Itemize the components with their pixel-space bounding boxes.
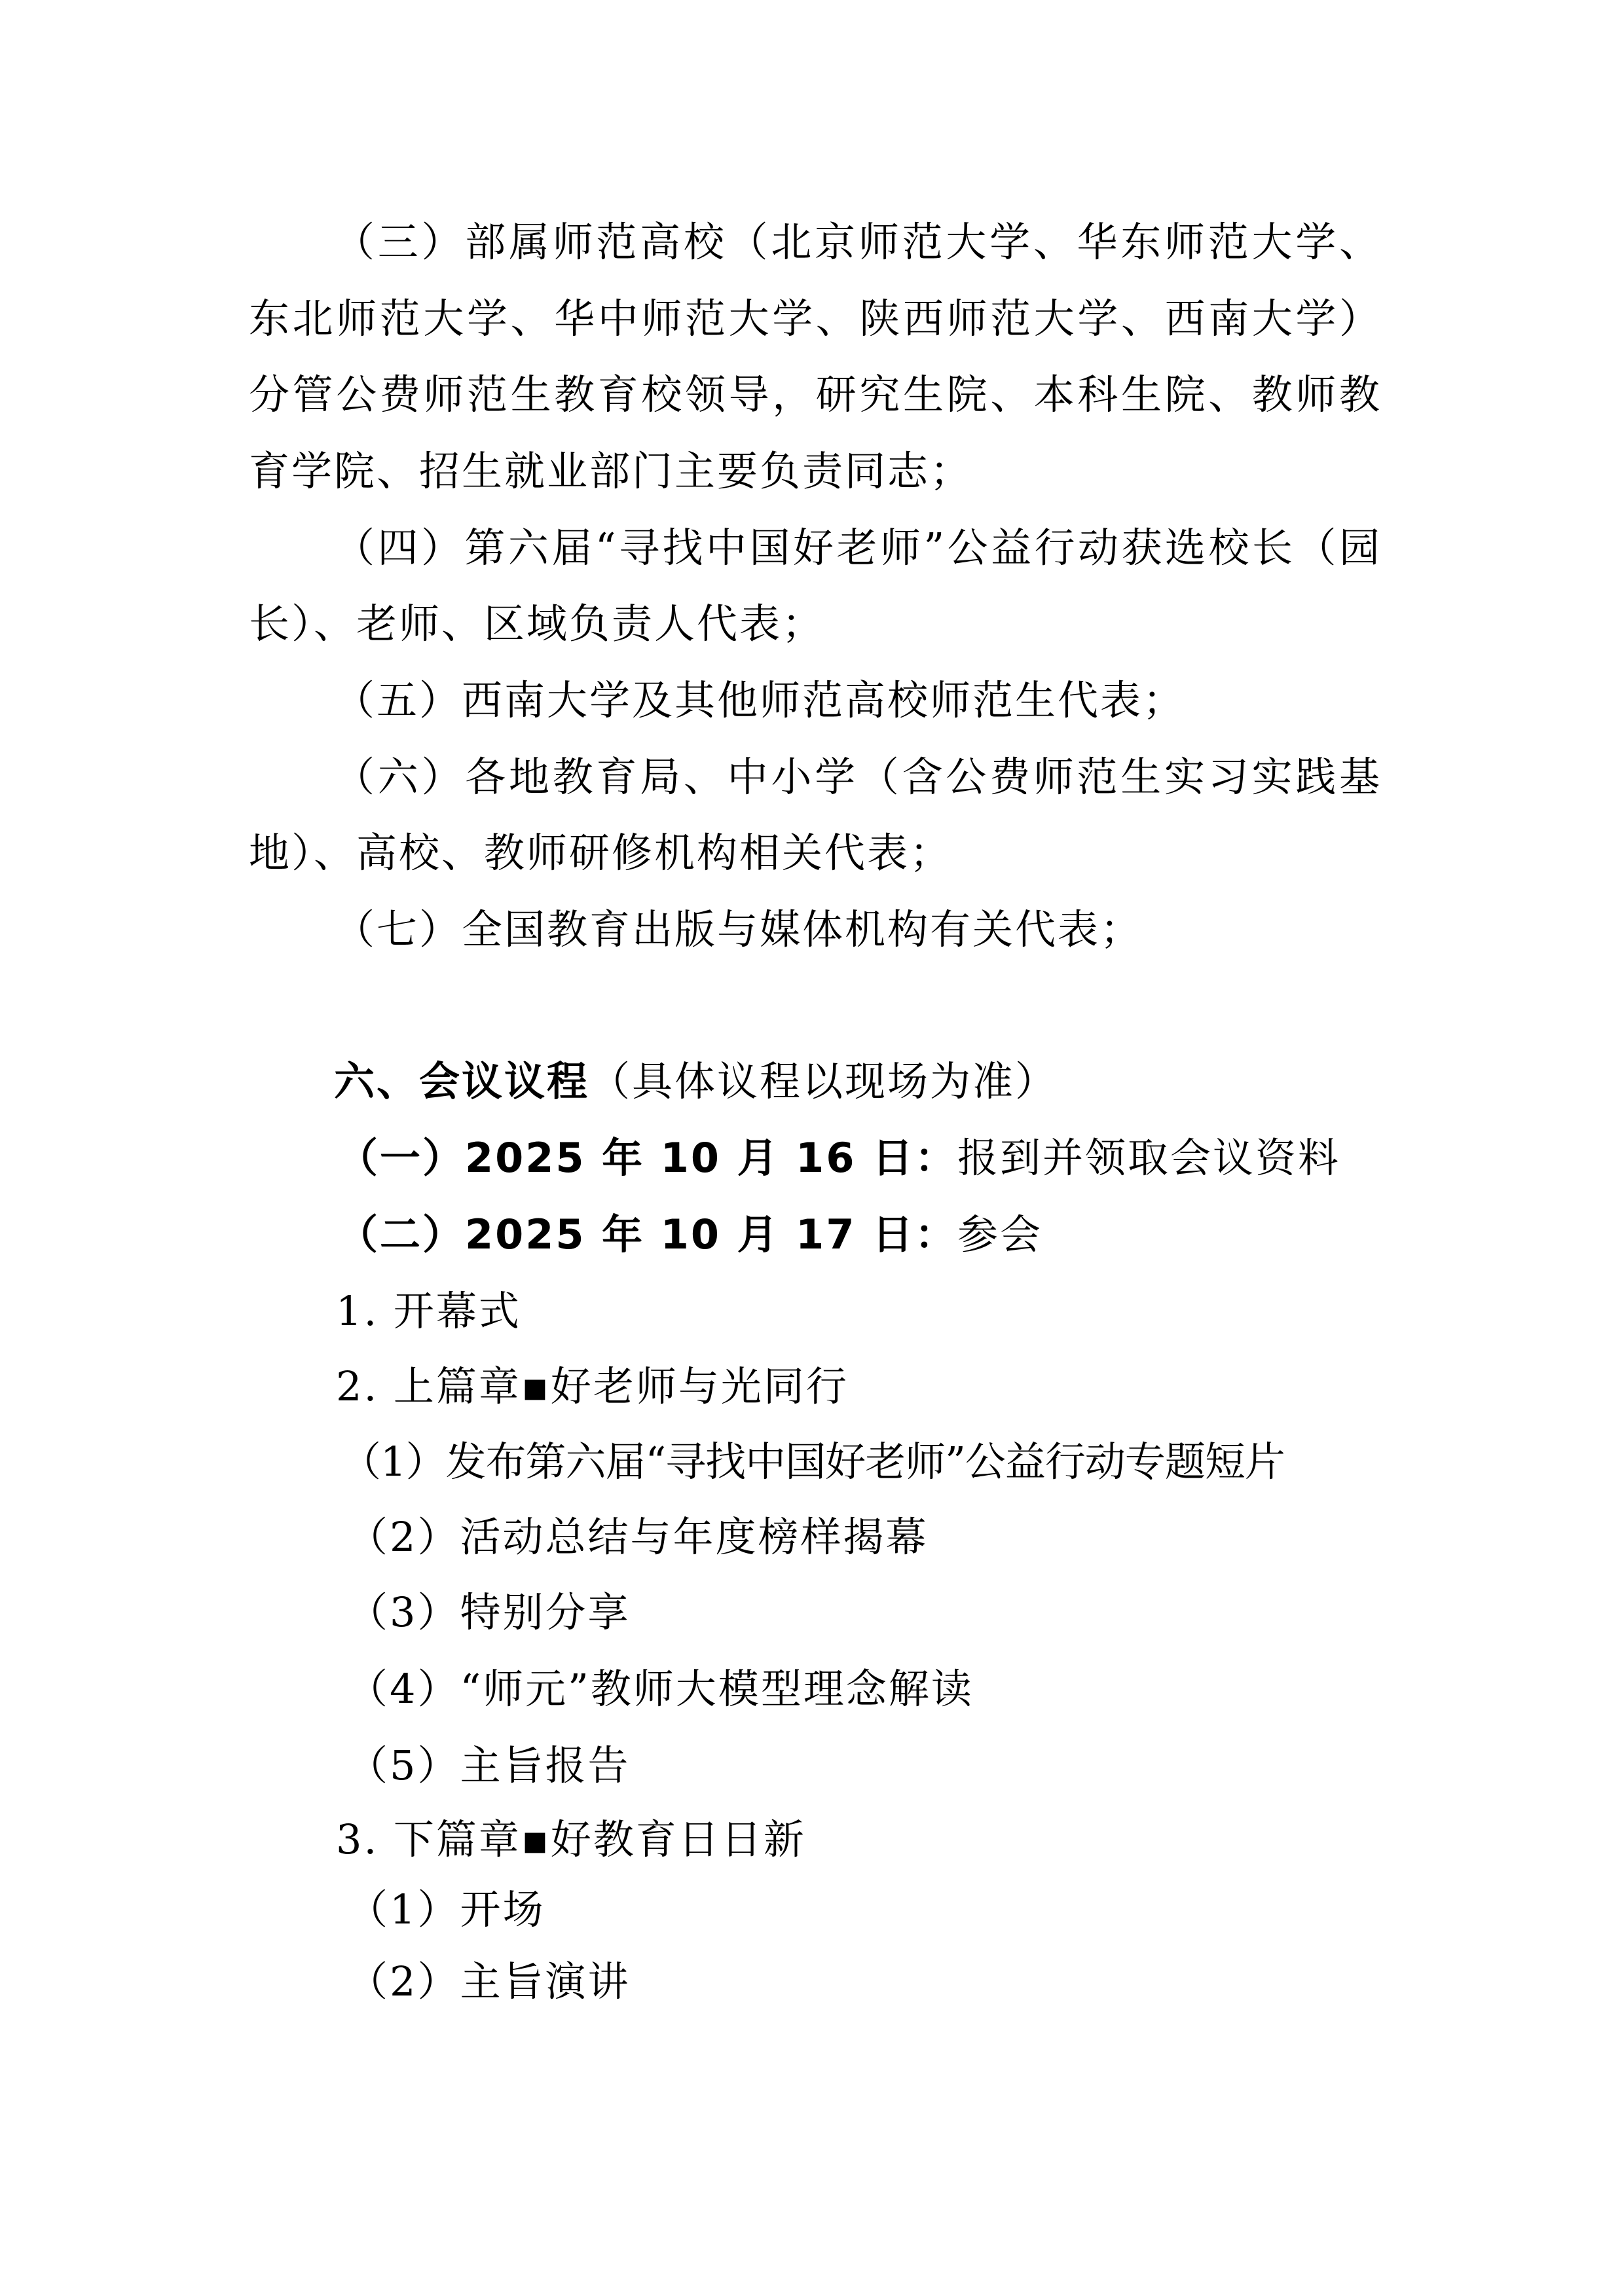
agenda-section-3-item-1: （1）开场 (347, 1872, 545, 1948)
participant-item-6-line-2: 地）、高校、教师研修机构相关代表； (249, 815, 1382, 891)
agenda-day-2: （二）2025 年 10 月 17 日：参会 (337, 1197, 1043, 1273)
agenda-section-3-item-2: （2）主旨演讲 (347, 1944, 630, 2020)
agenda-section-2-item-2: （2）活动总结与年度榜样揭幕 (347, 1499, 928, 1575)
agenda-heading: 六、会议议程 (334, 1057, 589, 1105)
agenda-day-2-label: （二）2025 年 10 月 17 日： (337, 1211, 957, 1258)
participant-item-5: （五）西南大学及其他师范高校师范生代表； (334, 663, 1382, 738)
agenda-day-1-text: 报到并领取会议资料 (957, 1134, 1340, 1182)
agenda-section-2-title: 2. 上篇章▪好老师与光同行 (336, 1349, 849, 1425)
agenda-section-1-title: 1. 开幕式 (336, 1273, 521, 1349)
participant-item-3-line-4: 育学院、招生就业部门主要负责同志； (249, 433, 1382, 509)
document-page: （三）部属师范高校（北京师范大学、华东师范大学、 东北师范大学、华中师范大学、陕… (0, 0, 1624, 2296)
agenda-heading-row: 六、会议议程（具体议程以现场为准） (334, 1044, 1058, 1120)
participant-item-4-line-1: （四）第六届“寻找中国好老师”公益行动获选校长（园 (334, 510, 1382, 586)
agenda-day-2-text: 参会 (957, 1211, 1043, 1258)
participant-item-3-line-2: 东北师范大学、华中师范大学、陕西师范大学、西南大学） (249, 281, 1382, 357)
participant-item-4-line-2: 长）、老师、区域负责人代表； (249, 586, 1382, 662)
agenda-section-2-item-3: （3）特别分享 (347, 1575, 630, 1650)
agenda-heading-note: （具体议程以现场为准） (589, 1057, 1058, 1105)
participant-item-7: （七）全国教育出版与媒体机构有关代表； (334, 892, 1382, 968)
agenda-day-1-label: （一）2025 年 10 月 16 日： (337, 1134, 957, 1182)
agenda-section-3-title: 3. 下篇章▪好教育日日新 (336, 1802, 806, 1878)
agenda-section-2-item-5: （5）主旨报告 (347, 1728, 630, 1804)
participant-item-3-line-3: 分管公费师范生教育校领导，研究生院、本科生院、教师教 (249, 357, 1382, 433)
participant-item-3-line-1: （三）部属师范高校（北京师范大学、华东师范大学、 (334, 204, 1382, 280)
agenda-section-2-item-4: （4）“师元”教师大模型理念解读 (347, 1651, 974, 1727)
participant-item-6-line-1: （六）各地教育局、中小学（含公费师范生实习实践基 (334, 739, 1382, 815)
agenda-section-2-item-1: （1）发布第六届“寻找中国好老师”公益行动专题短片 (341, 1424, 1382, 1500)
agenda-day-1: （一）2025 年 10 月 16 日：报到并领取会议资料 (337, 1120, 1340, 1196)
